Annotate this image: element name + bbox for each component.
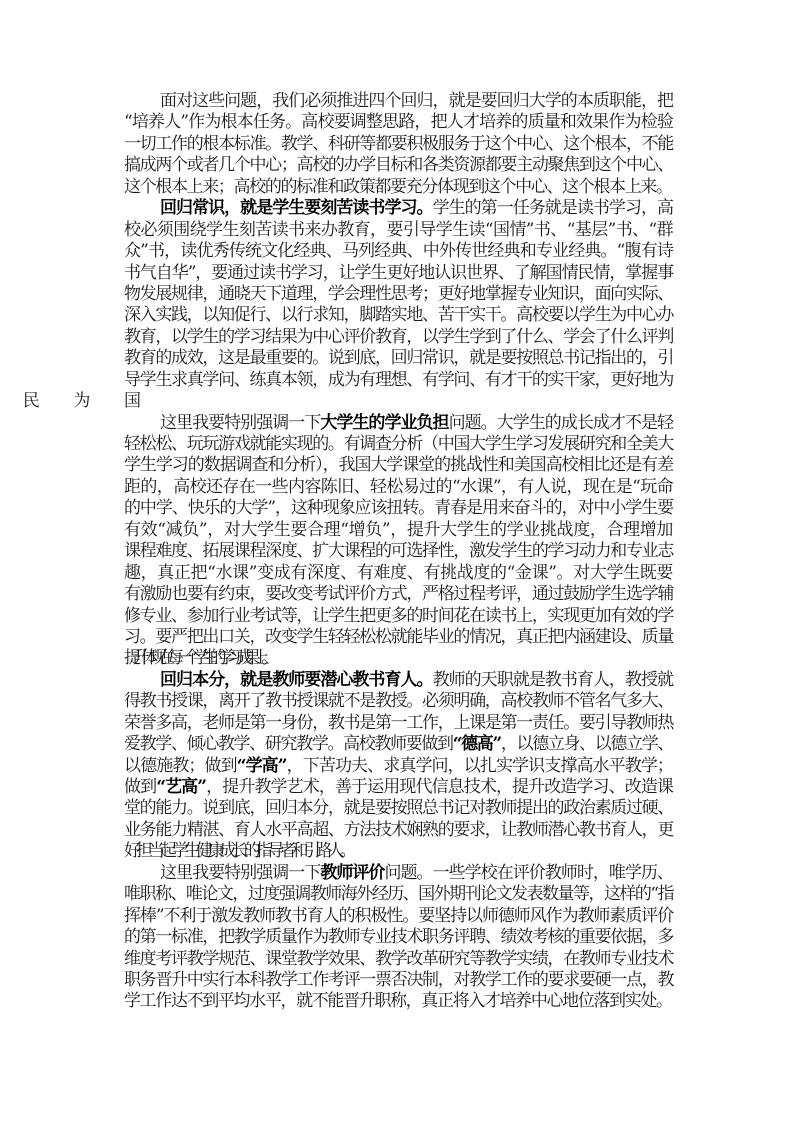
- text-run: 教育，以学生的学习结果为中心评价教育，以学生学到了什么、学会了什么评判: [124, 327, 673, 347]
- bold-text: 教师评价: [320, 863, 384, 883]
- text-run: 的第一标准，把教学质量作为教师专业技术职务评聘、绩效考核的重要依据，多: [124, 927, 673, 947]
- text-run: 校必须围绕学生刻苦读书来办教育，要引导学生读“国情”书、“基层”书、“群: [124, 220, 673, 240]
- text-run: 得教书授课，离开了教书授课就不是教授。必须明确，高校教师不管名气多大、: [124, 691, 673, 711]
- text-run: 的中学、快乐的大学”，这种现象应该扭转。青春是用来奋斗的，对中小学生要: [124, 498, 673, 518]
- text-run: 书气自华”，要通过读书学习，让学生更好地认识世界、了解国情民情，掌握事: [124, 263, 673, 283]
- text-run: 物发展规律，通晓天下道理，学会理性思考；更好地掌握专业知识，面向实际、: [124, 284, 673, 304]
- text-run: 有激励也要有约束，要改变考试评价方式，严格过程考评，通过鼓励学生选学辅: [124, 584, 673, 604]
- text-line: 以德施教；做到“学高”，下苦功夫、求真学问，以扎实学识支撑高水平教学；: [124, 756, 673, 777]
- bold-text: “学高”: [237, 756, 287, 776]
- paragraph-p5: 这里我要特别强调一下教师评价问题。一些学校在评价教师时，唯学历、唯职称、唯论文，…: [124, 863, 673, 1013]
- text-line: 修专业、参加行业考试等，让学生把更多的时间花在读书上，实现更加有效的学: [124, 606, 673, 627]
- text-line: 回归常识，就是学生要刻苦读书学习。学生的第一任务就是读书学习，高: [124, 198, 673, 219]
- text-line: 唯职称、唯论文，过度强调教师海外经历、国外期刊论文发表数量等，这样的“指: [124, 884, 673, 905]
- text-line: 有激励也要有约束，要改变考试评价方式，严格过程考评，通过鼓励学生选学辅: [124, 584, 673, 605]
- bold-text: 回归常识，就是学生要刻苦读书学习。: [160, 198, 433, 218]
- text-line: 轻松松、玩玩游戏就能实现的。有调查分析（中国大学生学习发展研究和全美大: [124, 434, 673, 455]
- bold-text: 回归本分，就是教师要潜心教书育人。: [160, 670, 433, 690]
- text-run: 职务晋升中实行本科教学工作考评一票否决制，对教学工作的要求要硬一点，教: [124, 970, 673, 990]
- text-run: 挥棒”不利于激发教师教书育人的积极性。要坚持以师德师风作为教师素质评价: [124, 906, 673, 926]
- text-run: 一切工作的根本标准。教学、科研等都要积极服务于这个中心、这个根本，不能: [124, 134, 673, 154]
- text-line: “培养人”作为根本任务。高校要调整思路，把人才培养的质量和效果作为检验: [124, 112, 673, 133]
- text-run: 提升体现在每一个学生的学习成果上。: [124, 648, 270, 668]
- text-line: 荣誉多高，老师是第一身份，教书是第一工作，上课是第一责任。要引导教师热: [124, 713, 673, 734]
- text-line: 这里我要特别强调一下教师评价问题。一些学校在评价教师时，唯学历、: [124, 863, 673, 884]
- text-run: 距的，高校还存在一些内容陈旧、轻松易过的“水课”，有人说，现在是“玩命: [124, 477, 673, 497]
- text-run: 问题。大学生的成长成才不是轻: [449, 413, 673, 433]
- text-run: 众”书，读优秀传统文化经典、马列经典、中外传世经典和专业经典。“腹有诗: [124, 241, 673, 261]
- text-line: 教育，以学生的学习结果为中心评价教育，以学生学到了什么、学会了什么评判: [124, 327, 673, 348]
- text-run: 这里我要特别强调一下: [160, 413, 320, 433]
- text-line: 做到“艺高”，提升教学艺术，善于运用现代信息技术，提升改造学习、改造课: [124, 777, 673, 798]
- text-line: 众”书，读优秀传统文化经典、马列经典、中外传世经典和专业经典。“腹有诗: [124, 241, 673, 262]
- paragraph-p3: 这里我要特别强调一下大学生的学业负担问题。大学生的成长成才不是轻轻松松、玩玩游戏…: [124, 413, 673, 670]
- text-run: 课程难度、拓展课程深度、扩大课程的可选择性，激发学生的学习动力和专业志: [124, 541, 673, 561]
- text-run: 维度考评教学规范、课堂教学效果、教学改革研究等教学实绩，在教师专业技术: [124, 949, 673, 969]
- text-line: 挥棒”不利于激发教师教书育人的积极性。要坚持以师德师风作为教师素质评价: [124, 906, 673, 927]
- text-run: 趣，真正把“水课”变成有深度、有难度、有挑战度的“金课”。对大学生既要: [124, 563, 673, 583]
- text-line: 有效“减负”，对大学生要合理“增负”，提升大学生的学业挑战度，合理增加: [124, 520, 673, 541]
- text-run: 问题。一些学校在评价教师时，唯学历、: [384, 863, 673, 883]
- bold-text: “德高”: [453, 734, 501, 754]
- text-run: 做到: [124, 777, 156, 797]
- text-run: 这个根本上来；高校的的标准和政策都要充分体现到这个中心、这个根本上来。: [124, 177, 672, 197]
- text-line: 面对这些问题，我们必须推进四个回归，就是要回归大学的本质职能，把: [124, 91, 673, 112]
- text-line: 这里我要特别强调一下大学生的学业负担问题。大学生的成长成才不是轻: [124, 413, 673, 434]
- text-line: 深入实践，以知促行、以行求知，脚踏实地、苦干实干。高校要以学生为中心办: [124, 305, 673, 326]
- text-run: 导学生求真学问、练真本领，成为有理想、有学问、有才干的实干家，更好地为: [124, 370, 673, 390]
- bold-text: “艺高”: [156, 777, 206, 797]
- text-run: 爱教学、倾心教学、研究教学。高校教师要做到: [124, 734, 453, 754]
- paragraph-p1: 面对这些问题，我们必须推进四个回归，就是要回归大学的本质职能，把“培养人”作为根…: [124, 91, 673, 198]
- text-run: 面对这些问题，我们必须推进四个回归，就是要回归大学的本质职能，把: [160, 91, 673, 111]
- text-run: 修专业、参加行业考试等，让学生把更多的时间花在读书上，实现更加有效的学: [124, 606, 673, 626]
- text-line: 距的，高校还存在一些内容陈旧、轻松易过的“水课”，有人说，现在是“玩命: [124, 477, 673, 498]
- text-line: 回归本分，就是教师要潜心教书育人。教师的天职就是教书育人，教授就: [124, 670, 673, 691]
- text-run: 唯职称、唯论文，过度强调教师海外经历、国外期刊论文发表数量等，这样的“指: [124, 884, 673, 904]
- text-run: 有效“减负”，对大学生要合理“增负”，提升大学生的学业挑战度，合理增加: [124, 520, 673, 540]
- paragraph-p2: 回归常识，就是学生要刻苦读书学习。学生的第一任务就是读书学习，高校必须围绕学生刻…: [124, 198, 673, 412]
- text-line: 书气自华”，要通过读书学习，让学生更好地认识世界、了解国情民情，掌握事: [124, 263, 673, 284]
- text-line: 爱教学、倾心教学、研究教学。高校教师要做到“德高”，以德立身、以德立学、: [124, 734, 673, 755]
- text-run: 学生学习的数据调查和分析），我国大学课堂的挑战性和美国高校相比还是有差: [124, 455, 673, 475]
- text-run: 堂的能力。说到底，回归本分，就是要按照总书记对教师提出的政治素质过硬、: [124, 798, 673, 818]
- text-line: 的中学、快乐的大学”，这种现象应该扭转。青春是用来奋斗的，对中小学生要: [124, 498, 673, 519]
- text-run: 教师的天职就是教书育人，教授就: [433, 670, 673, 690]
- text-line: 学生学习的数据调查和分析），我国大学课堂的挑战性和美国高校相比还是有差: [124, 455, 673, 476]
- text-line: 物发展规律，通晓天下道理，学会理性思考；更好地掌握专业知识，面向实际、: [124, 284, 673, 305]
- text-run: 以德施教；做到: [124, 756, 237, 776]
- text-run: ，提升教学艺术，善于运用现代信息技术，提升改造学习、改造课: [206, 777, 673, 797]
- text-line: 好担当起学生健康成长的指导者和引路人。: [124, 841, 673, 862]
- paragraph-p4: 回归本分，就是教师要潜心教书育人。教师的天职就是教书育人，教授就得教书授课，离开…: [124, 670, 673, 863]
- text-run: “培养人”作为根本任务。高校要调整思路，把人才培养的质量和效果作为检验: [124, 112, 673, 132]
- text-line: 一切工作的根本标准。教学、科研等都要积极服务于这个中心、这个根本，不能: [124, 134, 673, 155]
- text-run: 搞成两个或者几个中心；高校的办学目标和各类资源都要主动聚焦到这个中心、: [124, 155, 673, 175]
- text-line: 维度考评教学规范、课堂教学效果、教学改革研究等教学实绩，在教师专业技术: [124, 949, 673, 970]
- text-line: 的第一标准，把教学质量作为教师专业技术职务评聘、绩效考核的重要依据，多: [124, 927, 673, 948]
- text-run: 轻松松、玩玩游戏就能实现的。有调查分析（中国大学生学习发展研究和全美大: [124, 434, 673, 454]
- bold-text: 大学生的学业负担: [320, 413, 448, 433]
- text-run: 这里我要特别强调一下: [160, 863, 320, 883]
- text-line: 教育的成效，这是最重要的。说到底，回归常识，就是要按照总书记指出的，引: [124, 348, 673, 369]
- text-run: 业务能力精湛、育人水平高超、方法技术娴熟的要求，让教师潜心教书育人，更: [124, 820, 673, 840]
- text-line: 职务晋升中实行本科教学工作考评一票否决制，对教学工作的要求要硬一点，教: [124, 970, 673, 991]
- text-line: 提升体现在每一个学生的学习成果上。: [124, 648, 673, 669]
- text-run: 好担当起学生健康成长的指导者和引路人。: [124, 841, 352, 861]
- text-line: 国为民服务。: [124, 391, 673, 412]
- text-line: 业务能力精湛、育人水平高超、方法技术娴熟的要求，让教师潜心教书育人，更: [124, 820, 673, 841]
- text-run: 学工作达不到平均水平，就不能晋升职称，真正将入才培养中心地位落到实处。: [124, 991, 672, 1011]
- text-line: 校必须围绕学生刻苦读书来办教育，要引导学生读“国情”书、“基层”书、“群: [124, 220, 673, 241]
- text-line: 课程难度、拓展课程深度、扩大课程的可选择性，激发学生的学习动力和专业志: [124, 541, 673, 562]
- text-run: ，以德立身、以德立学、: [501, 734, 673, 754]
- text-run: 深入实践，以知促行、以行求知，脚踏实地、苦干实干。高校要以学生为中心办: [124, 305, 673, 325]
- text-run: 荣誉多高，老师是第一身份，教书是第一工作，上课是第一责任。要引导教师热: [124, 713, 673, 733]
- text-line: 学工作达不到平均水平，就不能晋升职称，真正将入才培养中心地位落到实处。: [124, 991, 673, 1012]
- text-line: 堂的能力。说到底，回归本分，就是要按照总书记对教师提出的政治素质过硬、: [124, 798, 673, 819]
- text-run: ，下苦功夫、求真学问，以扎实学识支撑高水平教学；: [287, 756, 673, 776]
- text-line: 导学生求真学问、练真本领，成为有理想、有学问、有才干的实干家，更好地为: [124, 370, 673, 391]
- text-run: 教育的成效，这是最重要的。说到底，回归常识，就是要按照总书记指出的，引: [124, 348, 673, 368]
- document-page: 面对这些问题，我们必须推进四个回归，就是要回归大学的本质职能，把“培养人”作为根…: [124, 91, 673, 1013]
- text-run: 习。要严把出口关，改变学生轻轻松松就能毕业的情况，真正把内涵建设、质量: [124, 627, 673, 647]
- text-run: 学生的第一任务就是读书学习，高: [433, 198, 673, 218]
- text-line: 趣，真正把“水课”变成有深度、有难度、有挑战度的“金课”。对大学生既要: [124, 563, 673, 584]
- text-line: 得教书授课，离开了教书授课就不是教授。必须明确，高校教师不管名气多大、: [124, 691, 673, 712]
- text-line: 搞成两个或者几个中心；高校的办学目标和各类资源都要主动聚焦到这个中心、: [124, 155, 673, 176]
- text-line: 这个根本上来；高校的的标准和政策都要充分体现到这个中心、这个根本上来。: [124, 177, 673, 198]
- text-line: 习。要严把出口关，改变学生轻轻松松就能毕业的情况，真正把内涵建设、质量: [124, 627, 673, 648]
